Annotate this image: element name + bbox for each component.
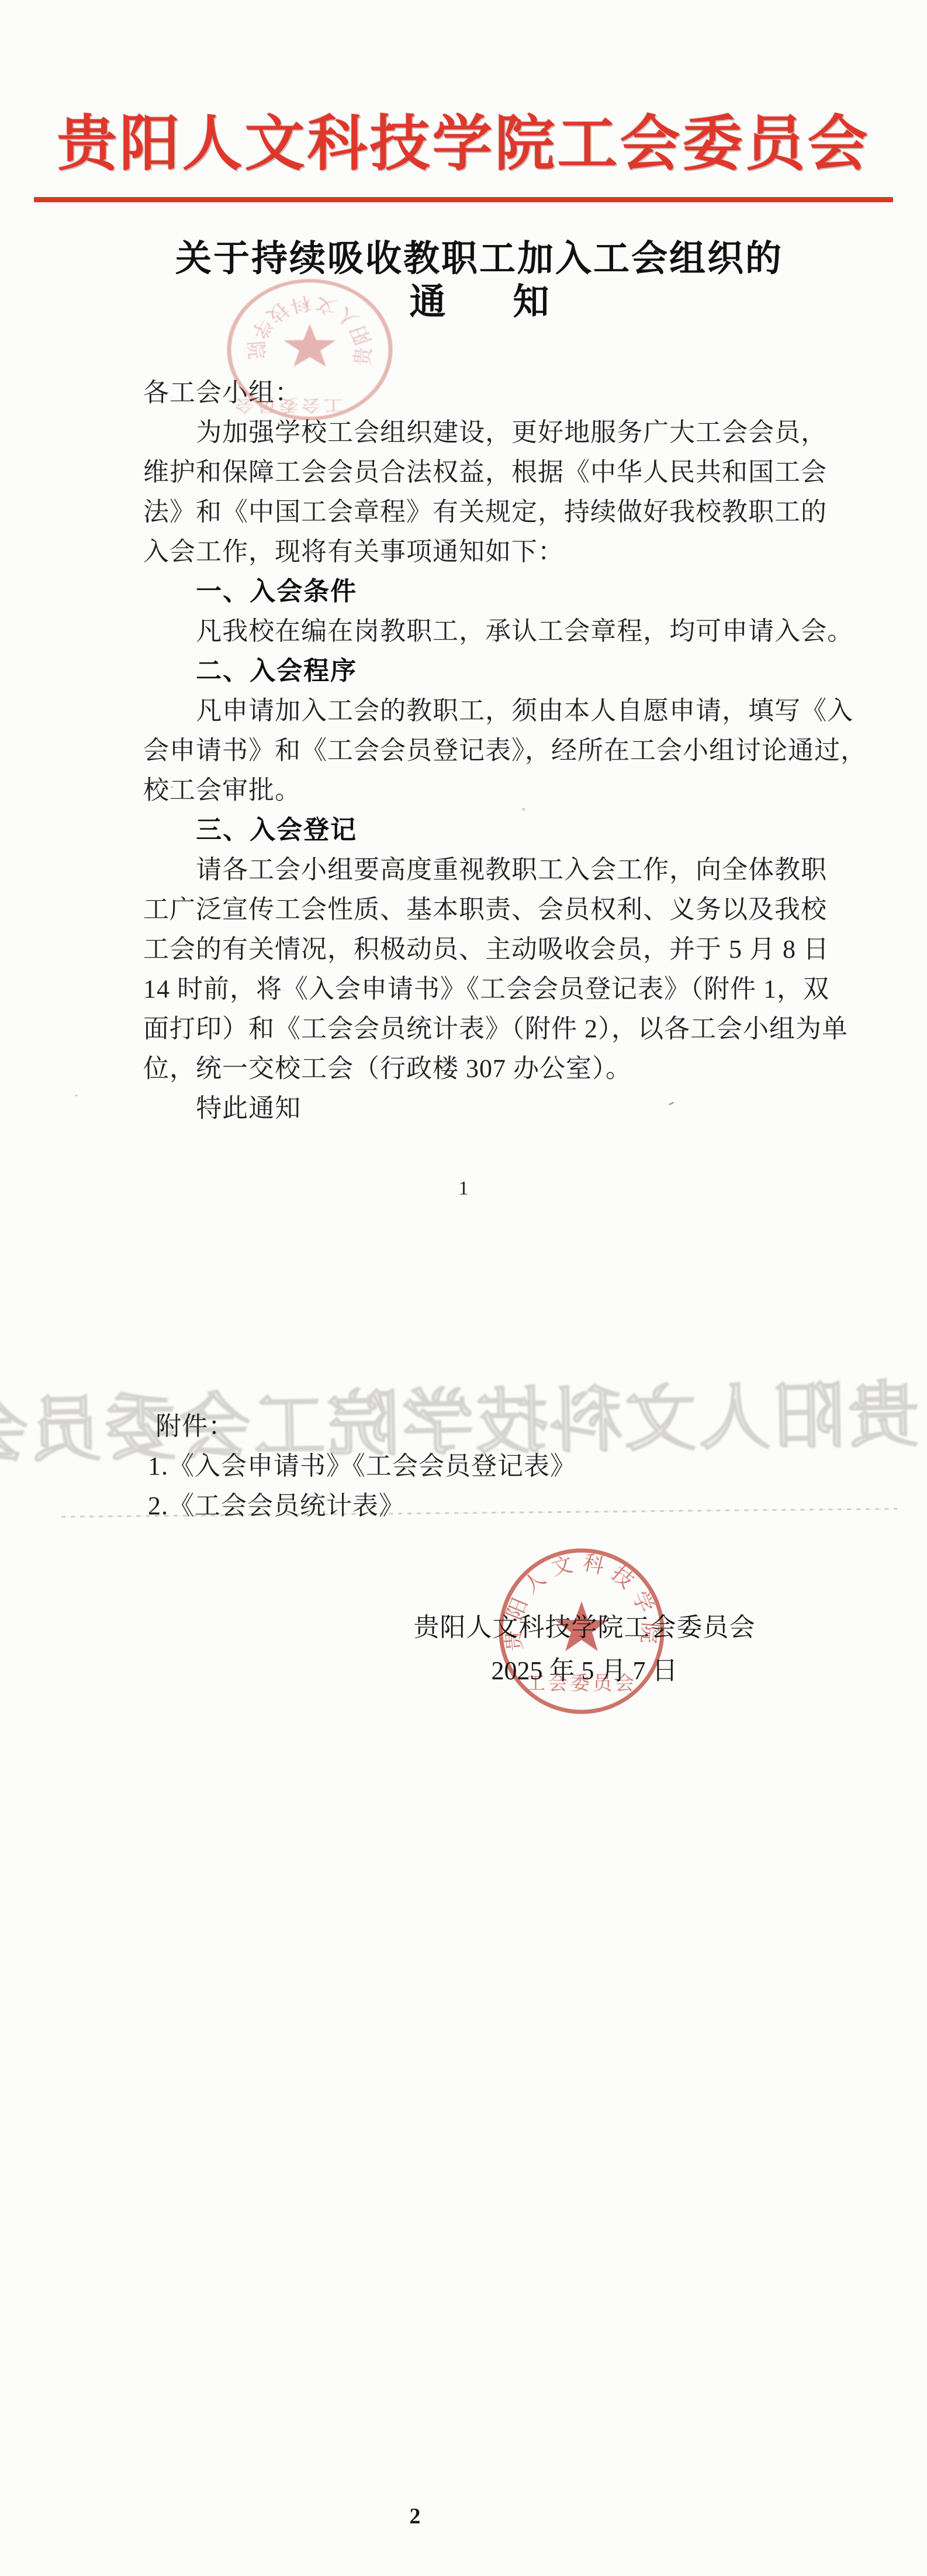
scan-speck — [75, 1094, 78, 1096]
attachment-item: 2.《工会会员统计表》 — [148, 1486, 721, 1526]
body-line: 请各工会小组要高度重视教职工入会工作，向全体教职 — [143, 850, 821, 890]
scan-speck — [171, 786, 173, 788]
stamp-bottom-text: 会员委会工 — [232, 396, 343, 414]
body-line: 会申请书》和《工会会员登记表》，经所在工会小组讨论通过， — [143, 731, 821, 771]
page-number-2: 2 — [386, 2504, 444, 2529]
notice-title-char-zhi: 知 — [513, 283, 549, 322]
signature-org: 贵阳人文科技学院工会委员会 — [409, 1611, 760, 1644]
notice-title-char-tong: 通 — [409, 283, 445, 322]
body-line: 工广泛宣传工会性质、基本职责、会员权利、义务以及我校 — [143, 890, 821, 930]
body-line: 维护和保障工会会员合法权益，根据《中华人民共和国工会 — [143, 453, 821, 492]
official-seal-stamp-faint: 院学技科文人阳贵 会员委会工 — [222, 275, 397, 424]
body-line: 特此通知 — [143, 1089, 821, 1128]
scan-speck — [522, 808, 525, 810]
body-heading: 三、入会登记 — [143, 810, 821, 850]
attachments-block: 附件： 1.《入会申请书》《工会会员登记表》 2.《工会会员统计表》 — [148, 1407, 721, 1526]
letterhead-org-title: 贵阳人文科技学院工会委员会 — [0, 110, 927, 179]
body-line: 入会工作，现将有关事项通知如下： — [143, 532, 821, 572]
signature-date: 2025 年 5 月 7 日 — [409, 1656, 760, 1686]
scan-speck — [466, 519, 468, 521]
body-line: 法》和《中国工会章程》有关规定，持续做好我校教职工的 — [143, 492, 821, 532]
body-heading: 一、入会条件 — [143, 572, 821, 612]
body-line: 14 时前，将《入会申请书》《工会会员登记表》（附件 1，双 — [143, 969, 821, 1009]
body-line: 工会的有关情况，积极动员、主动吸收会员，并于 5 月 8 日 — [143, 930, 821, 969]
page-number-1: 1 — [0, 1177, 927, 1200]
body-line: 凡我校在编在岗教职工，承认工会章程，均可申请入会。 — [143, 612, 821, 651]
body-line: 校工会审批。 — [143, 771, 821, 810]
body-line: 凡申请加入工会的教职工，须由本人自愿申请，填写《入 — [143, 691, 821, 731]
attachments-label: 附件： — [148, 1407, 721, 1446]
attachment-item: 1.《入会申请书》《工会会员登记表》 — [148, 1446, 721, 1486]
body-line: 位，统一交校工会（行政楼 307 办公室）。 — [143, 1049, 821, 1089]
body-line: 面打印）和《工会会员统计表》（附件 2），以各工会小组为单 — [143, 1009, 821, 1049]
letterhead-divider-rule — [34, 197, 893, 202]
notice-body: 各工会小组： 为加强学校工会组织建设，更好地服务广大工会会员， 维护和保障工会会… — [143, 373, 821, 1128]
body-heading: 二、入会程序 — [143, 651, 821, 691]
stamp-star-icon — [283, 324, 335, 367]
notice-title-line1: 关于持续吸收教职工加入工会组织的 — [143, 240, 815, 278]
scanned-document-page: 贵阳人文科技学院工会委员会 院学技科文人阳贵 会员委会工 关于持续吸收教职工加入… — [0, 0, 927, 2576]
